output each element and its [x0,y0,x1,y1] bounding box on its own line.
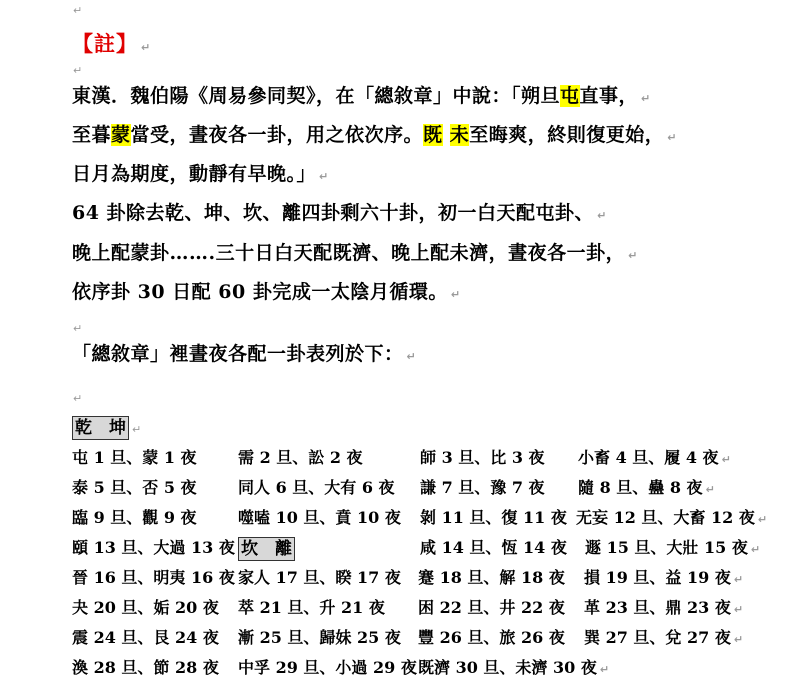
table-cell: 同人 6 旦、大有 6 夜 [238,477,395,499]
paragraph-mark: ↵ [667,131,677,144]
paragraph-mark: ↵ [73,322,82,335]
paragraph-mark: ↵ [600,663,609,676]
cell-text: 隨 8 旦、蠱 8 夜 [578,478,703,497]
table-cell: 謙 7 旦、豫 7 夜 [420,477,545,499]
text-run [443,124,450,146]
table-cell: 既濟 30 旦、未濟 30 夜↵ [418,657,609,681]
table-cell: 臨 9 旦、觀 9 夜 [72,507,197,529]
table-cell: 渙 28 旦、節 28 夜 [72,657,219,679]
cell-text: 損 19 旦、益 19 夜 [584,568,731,587]
table-cell: 隨 8 旦、蠱 8 夜↵ [578,477,715,501]
paragraph-mark: ↵ [73,64,82,77]
cell-text: 既濟 30 旦、未濟 30 夜 [418,658,597,677]
table-cell: 頤 13 旦、大過 13 夜 [72,537,235,559]
table-cell: 无妄 12 旦、大畜 12 夜↵ [576,507,767,531]
table-cell: 巽 27 旦、兌 27 夜↵ [584,627,743,651]
paragraph-mark: ↵ [722,453,731,466]
table-cell: 咸 14 旦、恆 14 夜 [420,537,567,559]
table-cell: 晉 16 旦、明夷 16 夜 [72,567,235,589]
text-run: 依序卦 30 日配 60 卦完成一太陰月循環。 [72,281,448,303]
table-cell: 泰 5 旦、否 5 夜 [72,477,197,499]
cell-text: 无妄 12 旦、大畜 12 夜 [576,508,755,527]
paragraph-line-4: 64 卦除去乾、坤、坎、離四卦剩六十卦，初一白天配屯卦、↵ [72,199,607,230]
paragraph-mark: ↵ [73,4,82,17]
cell-text: 遯 15 旦、大壯 15 夜 [585,538,748,557]
table-cell: 夬 20 旦、姤 20 夜 [72,597,219,619]
paragraph-mark: ↵ [706,483,715,496]
paragraph-mark: ↵ [641,92,651,105]
table-cell: 中孚 29 旦、小過 29 夜 [238,657,417,679]
table-cell: 震 24 旦、艮 24 夜 [72,627,219,649]
table-cell: 革 23 旦、鼎 23 夜↵ [584,597,743,621]
boxed-label-qian-kun: 乾 坤↵ [72,416,141,440]
paragraph-mark: ↵ [734,633,743,646]
table-cell: 小畜 4 旦、履 4 夜↵ [578,447,731,471]
table-cell: 屯 1 旦、蒙 1 夜 [72,447,197,469]
table-cell: 困 22 旦、井 22 夜 [418,597,565,619]
table-caption: 「總敘章」裡晝夜各配一卦表列於下：↵ [72,340,416,371]
table-cell: 剝 11 旦、復 11 夜 [420,507,567,529]
text-run: 當受，晝夜各一卦，用之依次序。 [131,124,424,146]
text-run: 至暮 [72,124,111,146]
paragraph-mark: ↵ [628,249,638,262]
paragraph-mark: ↵ [73,392,82,405]
text-run: 至晦爽，終則復更始， [469,124,664,146]
paragraph-line-1: 東漢．魏伯陽《周易參同契》，在「總敘章」中說：「朔旦屯直事，↵ [72,82,651,113]
paragraph-mark: ↵ [141,41,151,54]
paragraph-mark: ↵ [451,288,461,301]
boxed-text: 坎 離 [238,537,295,561]
paragraph-mark: ↵ [319,170,329,183]
highlighted-text: 蒙 [111,124,131,146]
paragraph-mark: ↵ [132,423,141,436]
paragraph-mark: ↵ [734,573,743,586]
table-cell: 需 2 旦、訟 2 夜 [238,447,363,469]
cell-text: 革 23 旦、鼎 23 夜 [584,598,731,617]
table-cell: 漸 25 旦、歸妹 25 夜 [238,627,401,649]
table-cell: 萃 21 旦、升 21 夜 [238,597,385,619]
table-cell: 蹇 18 旦、解 18 夜 [418,567,565,589]
table-cell: 豐 26 旦、旅 26 夜 [418,627,565,649]
table-cell: 家人 17 旦、睽 17 夜 [238,567,401,589]
text-run: 日月為期度，動靜有早晚。」 [72,163,316,185]
cell-text: 巽 27 旦、兌 27 夜 [584,628,731,647]
note-heading: 【註】↵ [72,28,151,58]
highlighted-text: 屯 [560,85,580,107]
text-run: 東漢．魏伯陽《周易參同契》，在「總敘章」中說：「朔旦 [72,85,560,107]
paragraph-line-6: 依序卦 30 日配 60 卦完成一太陰月循環。↵ [72,278,461,309]
paragraph-mark: ↵ [758,513,767,526]
paragraph-mark: ↵ [407,350,417,363]
text-run: 直事， [580,85,639,107]
text-run: 晚上配蒙卦…….三十日白天配既濟、晚上配未濟，晝夜各一卦， [72,242,625,264]
highlighted-text: 既 [423,124,443,146]
note-heading-text: 【註】 [72,31,138,56]
table-cell: 遯 15 旦、大壯 15 夜↵ [585,537,760,561]
table-cell: 噬嗑 10 旦、賁 10 夜 [238,507,401,529]
cell-text: 小畜 4 旦、履 4 夜 [578,448,719,467]
boxed-label-kan-li: 坎 離 [238,537,295,561]
paragraph-mark: ↵ [734,603,743,616]
paragraph-line-3: 日月為期度，動靜有早晚。」↵ [72,160,329,191]
paragraph-mark: ↵ [597,209,607,222]
caption-text: 「總敘章」裡晝夜各配一卦表列於下： [72,343,404,365]
boxed-text: 乾 坤 [72,416,129,440]
paragraph-mark: ↵ [751,543,760,556]
table-cell: 損 19 旦、益 19 夜↵ [584,567,743,591]
highlighted-text: 未 [450,124,470,146]
text-run: 64 卦除去乾、坤、坎、離四卦剩六十卦，初一白天配屯卦、 [72,202,594,224]
paragraph-line-5: 晚上配蒙卦…….三十日白天配既濟、晚上配未濟，晝夜各一卦，↵ [72,239,638,270]
table-cell: 師 3 旦、比 3 夜 [420,447,545,469]
paragraph-line-2: 至暮蒙當受，晝夜各一卦，用之依次序。既 未至晦爽，終則復更始，↵ [72,121,677,152]
